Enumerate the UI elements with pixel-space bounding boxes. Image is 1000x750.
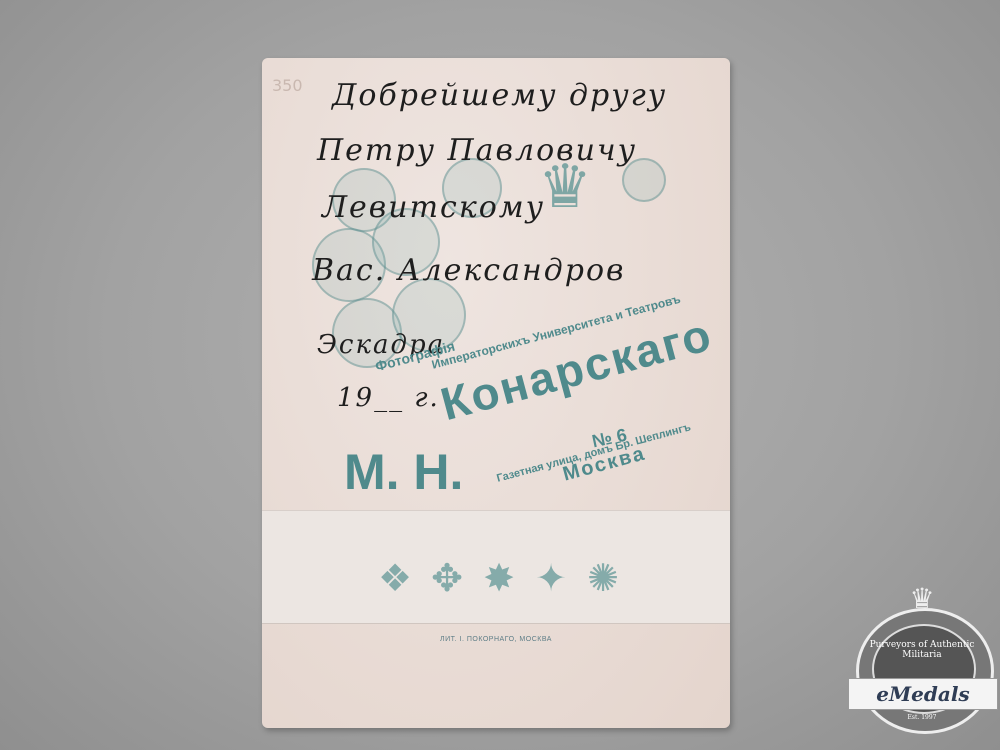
emedals-watermark-logo: ♛ Purveyors of Authentic Militaria eMeda…	[848, 578, 996, 738]
lithographer-credit: ЛИТ. І. ПОКОРНАГО, МОСКВА	[262, 636, 730, 643]
handwriting-line-2: Петру Павловичу	[317, 133, 637, 168]
handwriting-line-6: 19__ г.	[337, 383, 440, 413]
watermark-est: Est. 1997	[848, 714, 996, 721]
order-star-icon: ✦	[528, 556, 574, 616]
cabinet-card-back: 350 ♛ Добрейшему другу Петру Павловичу Л…	[262, 58, 730, 728]
handwriting-line-4: Вас. Александров	[312, 253, 625, 288]
handwriting-line-1: Добрейшему другу	[332, 78, 667, 113]
order-star-icon: ✺	[580, 556, 626, 616]
order-star-icon: ✸	[476, 556, 522, 616]
order-badge-icon: ✥	[424, 556, 470, 616]
watermark-arc-text: Purveyors of Authentic Militaria	[864, 640, 980, 660]
studio-initials: М. Н.	[344, 443, 463, 501]
handwriting-line-3: Левитскому	[322, 190, 545, 225]
order-badge-icon: ❖	[372, 556, 418, 616]
watermark-brand: eMedals	[848, 678, 998, 710]
pencil-inventory-mark: 350	[272, 76, 303, 95]
